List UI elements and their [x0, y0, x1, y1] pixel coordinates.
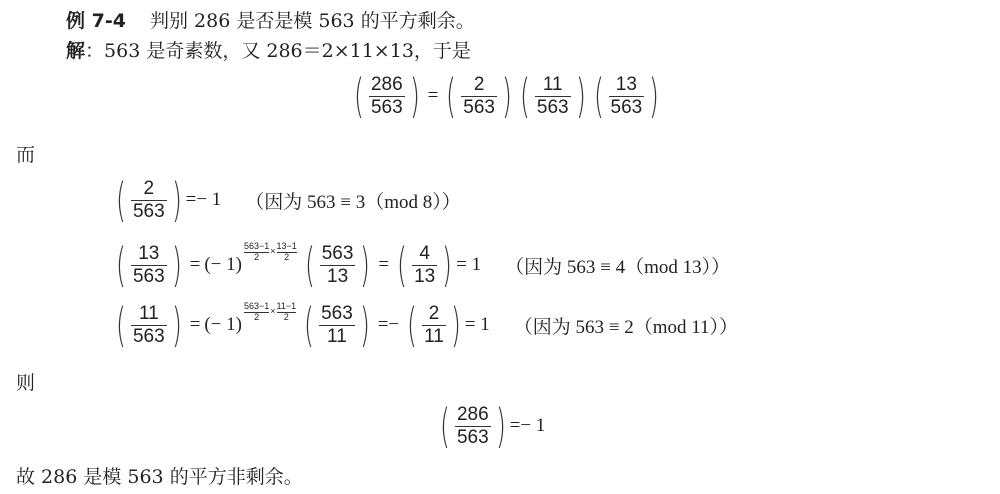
exponent: 563−12 × 13−12 [244, 242, 297, 263]
equation-factorization: (286563) = (2563) (11563) (13563) [350, 66, 663, 126]
legendre-symbol: (286563) [350, 73, 424, 119]
legendre-symbol: (13563) [590, 73, 664, 119]
example-heading: 例 7-4 判别 286 是否是模 563 的平方剩余。 [66, 6, 475, 33]
equation-legendre-13: (13563) = (− 1) 563−12 × 13−12 (56313) =… [112, 236, 730, 294]
result: = 1 [456, 254, 481, 276]
equation-final: (286563) =− 1 [436, 398, 545, 454]
legendre-symbol: (2563) [442, 73, 516, 119]
reason-note: （因为 563 ≡ 2（mod 11）） [514, 312, 738, 339]
solution-text: ：563 是奇素数，又 286＝2×11×13，于是 [85, 40, 471, 62]
equation-legendre-2: (2563) =− 1 （因为 563 ≡ 3（mod 8）） [112, 172, 461, 228]
base: (− 1) [204, 254, 242, 276]
solution-intro: 解：563 是奇素数，又 286＝2×11×13，于是 [66, 36, 471, 63]
reason-note: （因为 563 ≡ 3（mod 8）） [245, 187, 461, 214]
result: =− 1 [510, 415, 546, 437]
result: = 1 [465, 314, 490, 336]
exponent: 563−12 × 11−12 [244, 302, 296, 323]
result: =− 1 [186, 189, 222, 211]
equals-sign: = [428, 85, 439, 107]
reason-note: （因为 563 ≡ 4（mod 13）） [505, 252, 730, 279]
solution-label: 解 [66, 40, 85, 62]
example-question: 判别 286 是否是模 563 的平方剩余。 [150, 10, 475, 32]
connector-then: 则 [16, 368, 35, 395]
equation-legendre-11: (11563) = (− 1) 563−12 × 11−12 (56311) =… [112, 296, 738, 354]
example-label: 例 7-4 [66, 10, 126, 32]
connector-and: 而 [16, 140, 35, 167]
conclusion: 故 286 是模 563 的平方非剩余。 [16, 462, 303, 489]
base: (− 1) [204, 314, 242, 336]
legendre-symbol: (11563) [516, 73, 590, 119]
